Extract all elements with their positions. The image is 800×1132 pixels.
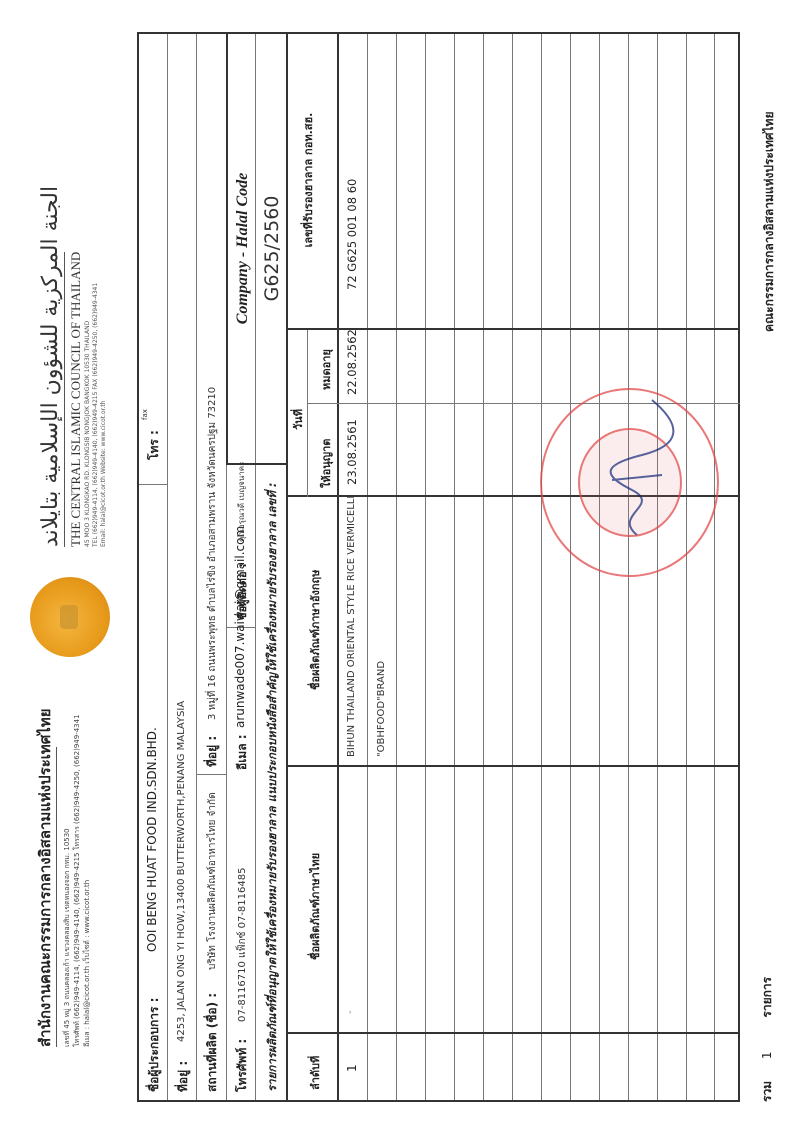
divider bbox=[287, 765, 740, 767]
col-header-cert-no: เลขที่รับรองฮาลาล กอท.สฮ. bbox=[299, 60, 317, 300]
english-address: 45 MOO 3 KLONGKAO RD. KLONGSIB NONGJOK B… bbox=[84, 321, 91, 547]
factory-address-label: ที่อยู่ : bbox=[203, 736, 222, 767]
signature-icon bbox=[542, 390, 717, 575]
company-value: OOI BENG HUAT FOOD IND.SDN.BHD. bbox=[145, 727, 159, 952]
divider bbox=[139, 484, 167, 485]
row-1-english-name: BIHUN THAILAND ORIENTAL STYLE RICE VERMI… bbox=[346, 496, 357, 757]
divider bbox=[196, 34, 197, 1100]
divider bbox=[226, 34, 228, 465]
total-label: รวม bbox=[760, 1081, 774, 1102]
contact-value: คุณอรุณวดี เบญจนาคะ bbox=[235, 462, 248, 542]
english-web: Email: halal@cicot.or.th Website: www.ci… bbox=[100, 400, 107, 547]
halal-code-value-box: G625/2560 bbox=[261, 32, 283, 465]
product-list-title: รายการผลิตภัณฑ์ที่อนุญาตให้ใช้เครื่องหมา… bbox=[264, 483, 282, 1092]
thai-org-name: สำนักงานคณะกรรมการกลางอิสลามแห่งประเทศไท… bbox=[33, 708, 57, 1047]
col-header-seq: ลำดับที่ bbox=[306, 1056, 324, 1090]
divider bbox=[367, 34, 368, 1100]
company-label: ชื่อผู้ประกอบการ : bbox=[145, 998, 164, 1092]
address-value: 4253, JALAN ONG YI HOW,13400 BUTTERWORTH… bbox=[176, 701, 187, 1042]
row-1-cert-no: 72 G625 001 08 60 bbox=[345, 179, 359, 290]
letterhead-rule-english bbox=[64, 252, 65, 547]
divider bbox=[425, 34, 426, 1100]
row-1-expires: 22.08.2562 bbox=[345, 329, 359, 395]
total-unit: รายการ bbox=[760, 977, 774, 1018]
total-count: 1 bbox=[760, 1051, 774, 1059]
factory-address-value: 3 หมู่ที่ 16 ถนนพระพุทธ ตำบลไร่ขิง อำเภอ… bbox=[205, 387, 220, 720]
divider bbox=[396, 34, 397, 1100]
email-value: arunwade007.waiwai@gmail.com bbox=[233, 526, 247, 728]
row-1-thai-name: - bbox=[345, 1010, 356, 1014]
arabic-org-name: الجنة المركزية للشؤون الإسلامية بتايلاند bbox=[38, 186, 63, 547]
divider bbox=[483, 34, 484, 1100]
col-header-date: วันที่ bbox=[289, 409, 307, 430]
col-header-issued: ให้อนุญาต bbox=[317, 439, 335, 488]
row-1-seq: 1 bbox=[345, 1064, 359, 1072]
col-header-english-name: ชื่อผลิตภัณฑ์ภาษาอังกฤษ bbox=[306, 570, 324, 690]
council-seal-logo bbox=[30, 577, 110, 657]
halal-code-label: Company - Halal Code bbox=[234, 32, 252, 465]
divider bbox=[196, 774, 226, 775]
contact-label: ชื่อผู้ติดต่อ : bbox=[233, 563, 251, 620]
fax-label: โทร : bbox=[145, 430, 164, 460]
halal-code-label-box: Company - Halal Code bbox=[234, 32, 252, 465]
factory-label: สถานที่ผลิต (ชื่อ) : bbox=[203, 993, 222, 1092]
address-label: ที่อยู่ : bbox=[174, 1061, 193, 1092]
english-org-name: THE CENTRAL ISLAMIC COUNCIL OF THAILAND bbox=[68, 252, 84, 547]
row-1-english-name-line2: "OBHFOOD"BRAND bbox=[376, 661, 387, 757]
phone-value: 07-8116710 แฟ็กซ์ 07-8116485 bbox=[235, 868, 250, 1022]
divider bbox=[454, 34, 455, 1100]
divider bbox=[287, 1032, 740, 1034]
total-summary: รวม 1 รายการ bbox=[758, 977, 777, 1102]
thai-web: อีเมล : halal@cicot.or.th เว็บไซต์ : www… bbox=[82, 880, 93, 1047]
divider bbox=[337, 34, 339, 1100]
english-phone: TEL (662)949-4114, (662)949-4140, (662)9… bbox=[92, 283, 99, 547]
divider bbox=[167, 34, 168, 1100]
col-header-thai-name: ชื่อผลิตภัณฑ์ภาษาไทย bbox=[306, 853, 324, 960]
divider bbox=[512, 34, 513, 1100]
certificate-page: สำนักงานคณะกรรมการกลางอิสลามแห่งประเทศไท… bbox=[0, 0, 800, 1132]
mosque-icon bbox=[60, 605, 78, 629]
official-stamp bbox=[540, 388, 719, 577]
fax-value: fax bbox=[141, 409, 149, 420]
col-header-expires: หมดอายุ bbox=[317, 349, 335, 390]
phone-label: โทรศัพท์ : bbox=[233, 1039, 252, 1092]
divider bbox=[286, 34, 288, 1100]
email-label: อีเมล : bbox=[233, 734, 252, 770]
footer-org-name: คณะกรรมการกลางอิสลามแห่งประเทศไทย bbox=[760, 112, 779, 333]
divider bbox=[255, 34, 256, 1100]
halal-code-value: G625/2560 bbox=[261, 32, 283, 465]
row-1-issued: 23.08.2561 bbox=[345, 419, 359, 485]
factory-value: บริษัท โรงงานผลิตภัณฑ์อาหารไทย จำกัด bbox=[205, 792, 220, 970]
divider bbox=[307, 330, 308, 497]
